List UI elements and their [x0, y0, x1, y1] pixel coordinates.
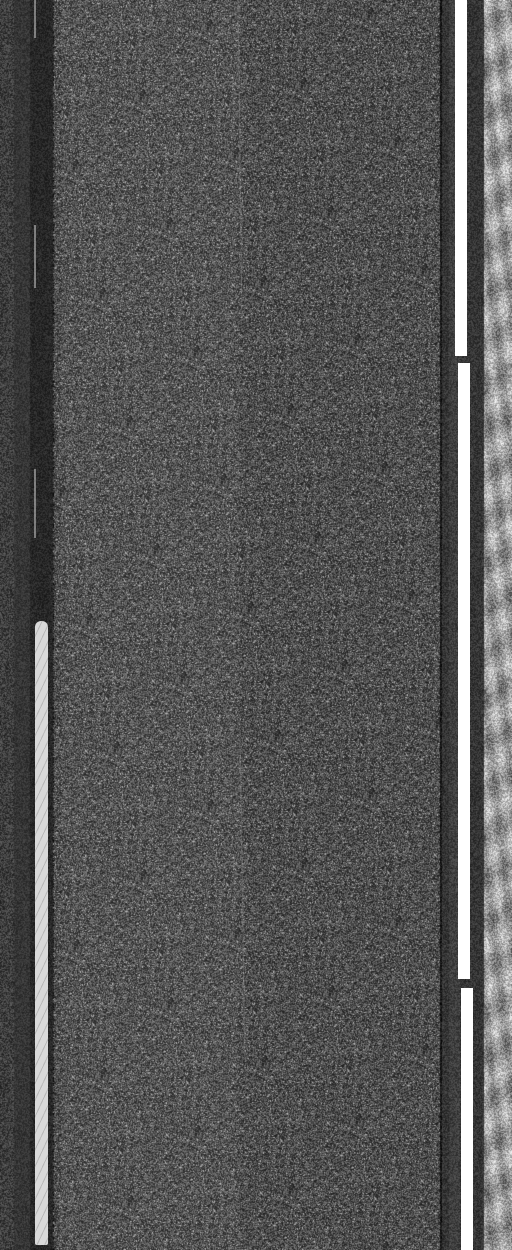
faint-dash: [34, 0, 36, 38]
road-surface-texture: [0, 0, 512, 1250]
road-aerial-photo: Top-down grayscale photo of an asphalt r…: [0, 0, 512, 1250]
left-edge-line: [35, 621, 48, 1245]
right-edge-line-segment: [455, 0, 467, 356]
right-edge-line-segment: [458, 363, 470, 979]
right-edge-line-segment: [461, 988, 473, 1250]
faint-dash: [34, 225, 36, 288]
faint-dash: [34, 469, 36, 538]
